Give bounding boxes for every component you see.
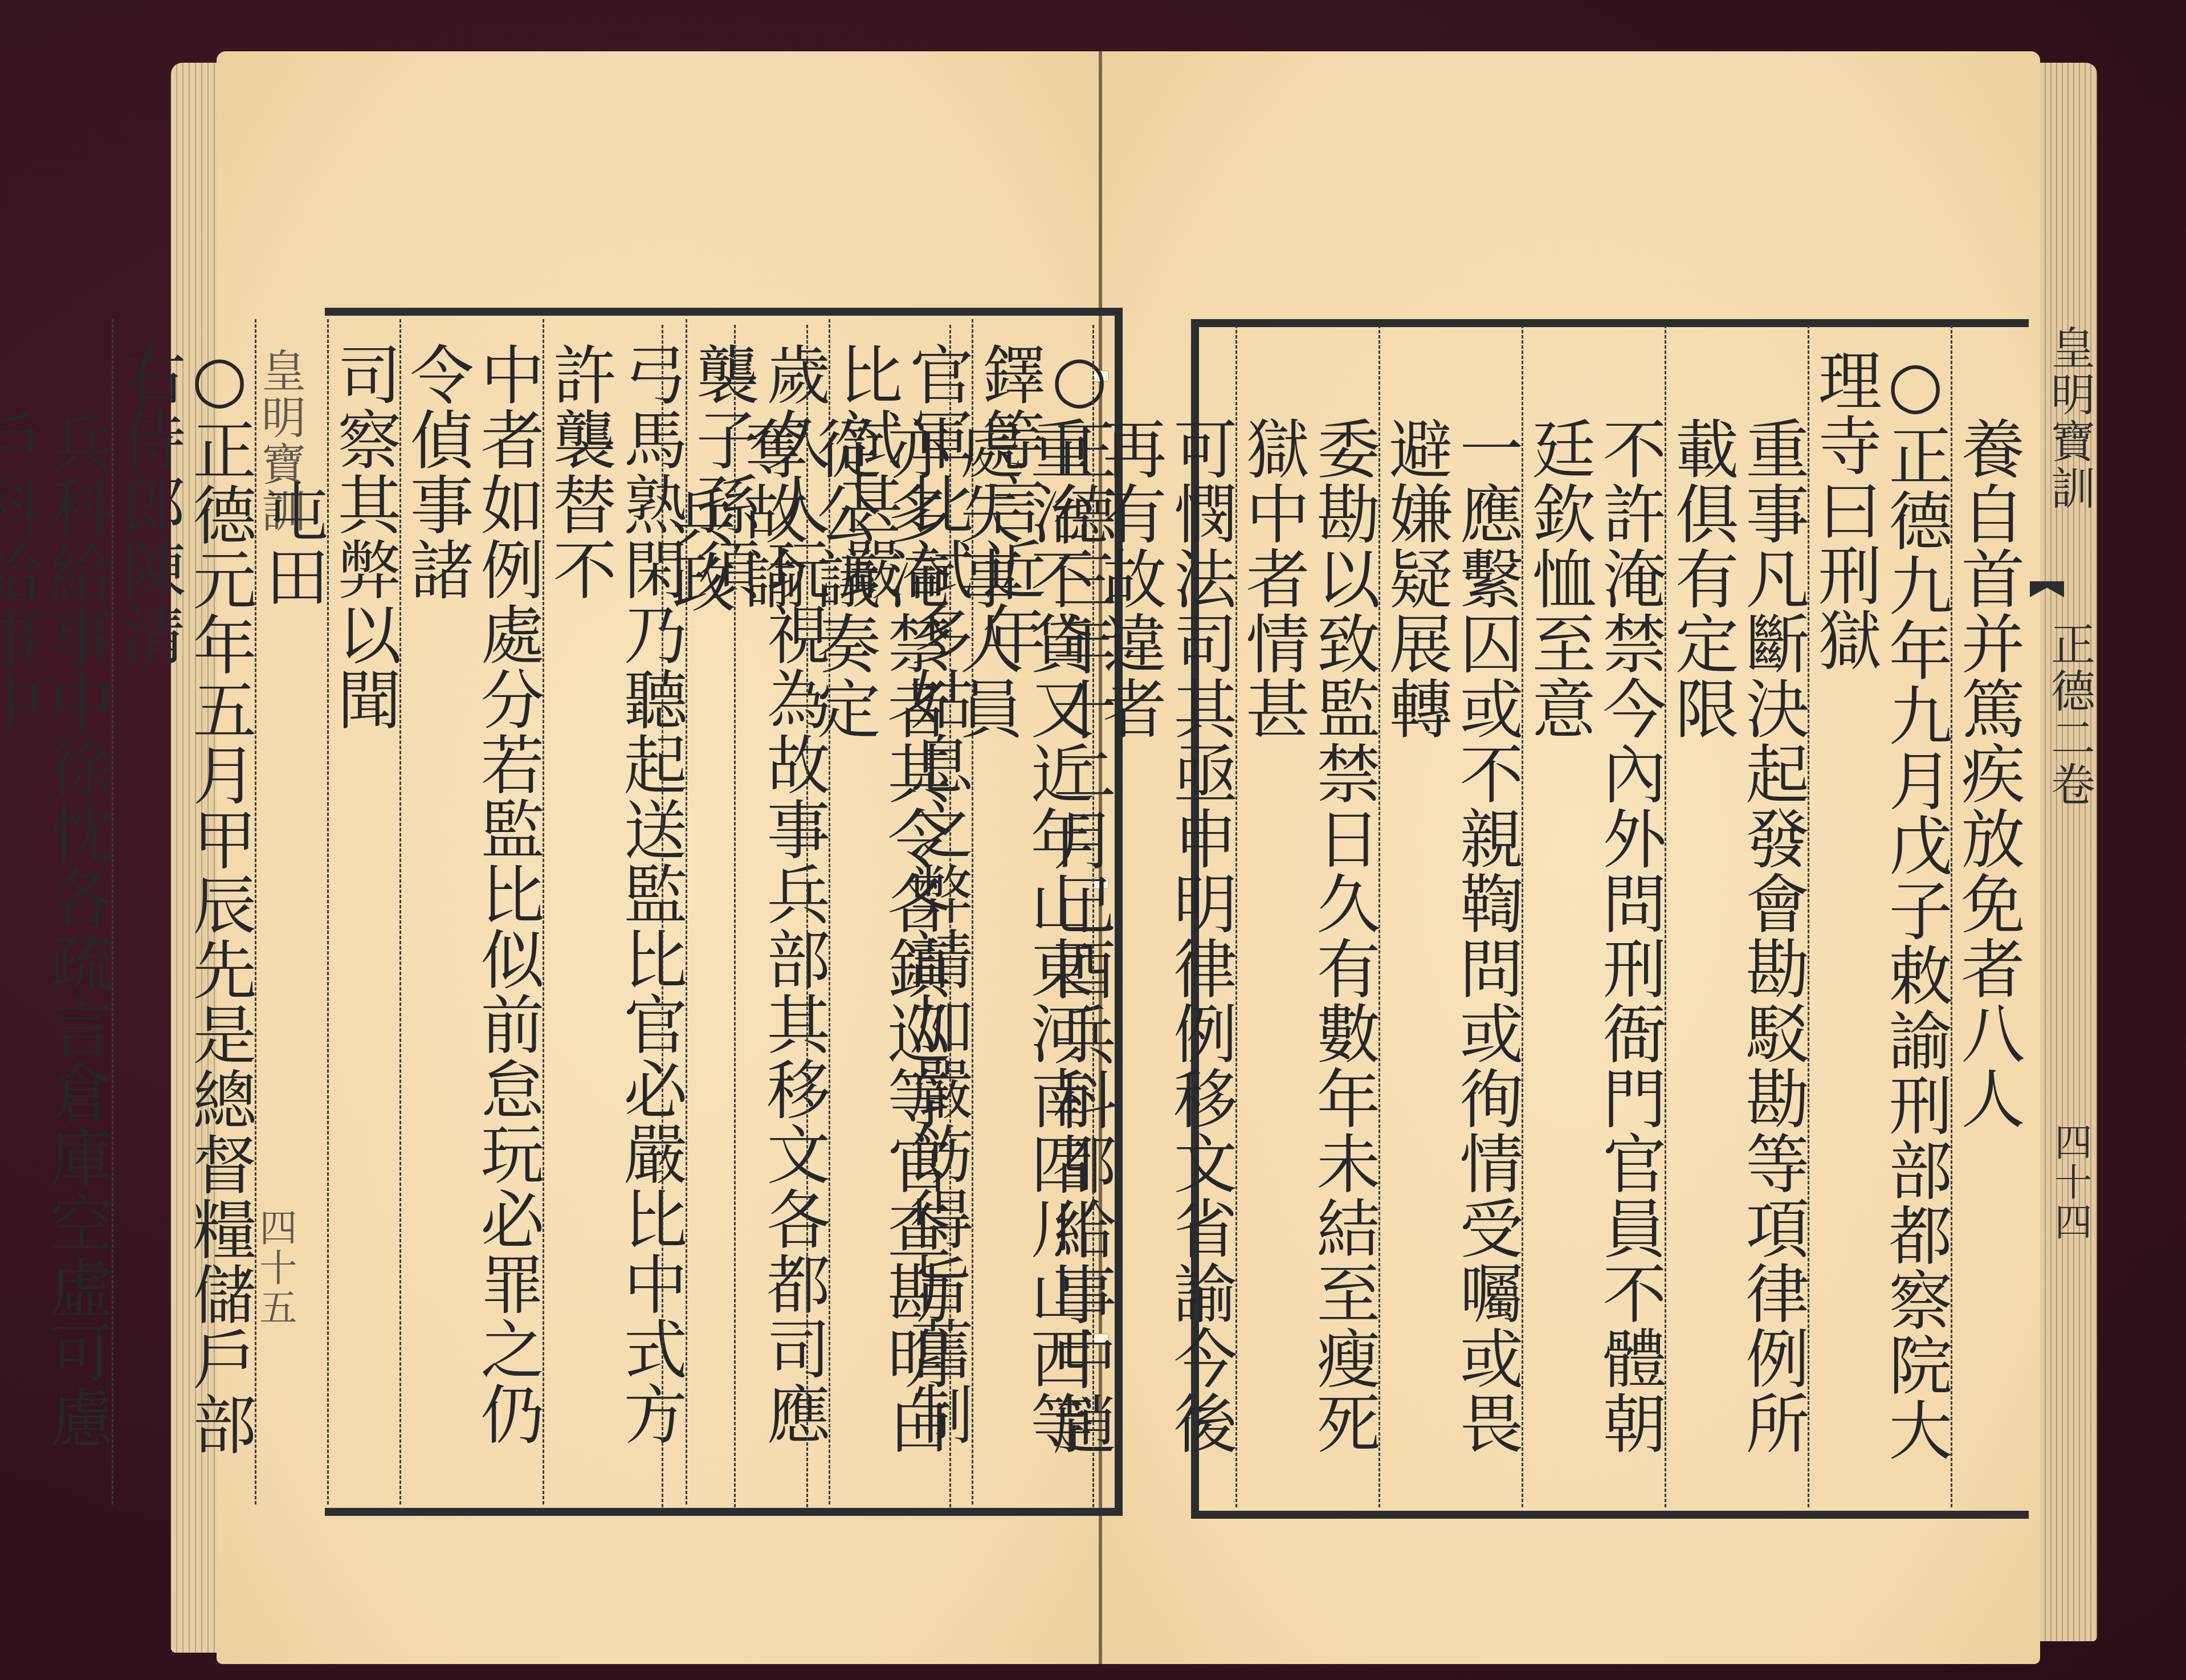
text-column: 中者如例處分若監比似前怠玩必罪之仍令偵事諸 bbox=[399, 319, 543, 1504]
text-column: 可憫法司其亟申明律例移文省諭今後再有故違者 bbox=[1092, 325, 1235, 1507]
right-margin-volume: 正德二卷 bbox=[2037, 621, 2101, 808]
text-column: 重事凡斷決起發會勘駁勘等項律例所載俱有定限 bbox=[1665, 325, 1808, 1507]
text-column: 兵科給事中徐忱各疏言倉庫空虛可慮戶科給事中 bbox=[0, 319, 112, 1504]
right-page-text-columns: 養自首并篤疾放免者八人 ○正德九年九月戊子敕諭刑部都察院大理寺曰刑獄 重事凡斷決… bbox=[1202, 325, 2023, 1507]
right-page-edges bbox=[2034, 63, 2097, 1641]
section-heading-column: 屯田 bbox=[255, 319, 327, 1504]
text-column: 委勘以致監禁日久有數年未結至瘦死獄中者情甚 bbox=[1235, 325, 1379, 1507]
text-column: ○正德元年五月甲辰先是總督糧儲戶部右侍郎陳清 bbox=[112, 319, 255, 1504]
text-column: 一應繫囚或不親鞫問或徇情受囑或畏避嫌疑展轉 bbox=[1379, 325, 1522, 1507]
open-book: 皇明寶訓 四十五 ○正德三年十二月己酉兵科都給事中趙鐸等言近年 官軍比試多姑息之… bbox=[171, 51, 2097, 1664]
right-margin-title: 皇明寶訓 bbox=[2037, 325, 2101, 512]
section-heading-column: 兵政 bbox=[662, 325, 734, 1507]
text-column: 重治不貸又近年山東河南四川山西等處失事人員 bbox=[949, 325, 1092, 1507]
text-column: 司察其弊以聞 bbox=[327, 319, 399, 1504]
text-column: ○正德九年九月戊子敕諭刑部都察院大理寺曰刑獄 bbox=[1808, 325, 1951, 1507]
text-column: 奪故諭 bbox=[734, 325, 806, 1507]
right-page-number: 四十四 bbox=[2043, 1123, 2097, 1242]
text-column: 養自首并篤疾放免者八人 bbox=[1951, 325, 2023, 1507]
text-column: 亦多淹禁者其令各鎮巡等官查勘明白從公議奏定 bbox=[806, 325, 949, 1507]
text-column: 不許淹禁今內外問刑衙門官員不體朝廷欽恤至意 bbox=[1522, 325, 1665, 1507]
